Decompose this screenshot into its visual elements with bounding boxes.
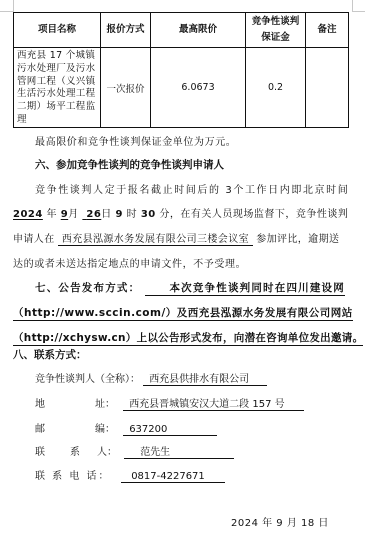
header-deposit: 竞争性谈判 保证金 [246,13,306,48]
contact-fullname: 竞争性谈判人（全称）： 西充县供排水有限公司 [35,370,267,386]
page-corner-mark [352,11,365,12]
contact-person: 联系人： 范先生 [35,443,234,459]
cell-deposit: 0.2 [246,48,306,128]
page-corner-mark [13,0,14,12]
header-max-price: 最高限价 [151,13,246,48]
section6-heading: 六、参加竞争性谈判的竞争性谈判申请人 [35,157,224,172]
contact-address: 地址： 西充县晋城镇安汉大道二段 157 号 [35,395,304,411]
section7-line2: （http://www.sccin.com/）及西充县泓源水务发展有限公司网站 [13,305,353,321]
cell-remark [306,48,349,128]
date-year: 2024 [13,209,43,220]
section7-line3: （http://xchysw.cn）上以公告形式发布，向潜在咨询单位发出邀请。 [13,330,363,346]
venue: 西充县泓源水务发展有限公司三楼会议室 [58,230,252,246]
contact-phone: 联 系 电 话： 0817-4227671 [35,467,225,483]
section7-heading: 七、公告发布方式： [35,282,140,294]
cell-project-name: 西充县 17 个城镇污水处理厂及污水管网工程（义兴镇生活污水处理工程二期）场平工… [14,48,101,128]
page-corner-mark [0,11,13,12]
cell-max-price: 6.0673 [151,48,246,128]
table-row: 西充县 17 个城镇污水处理厂及污水管网工程（义兴镇生活污水处理工程二期）场平工… [14,48,349,128]
document-date: 2024 年 9 月 18 日 [231,514,329,529]
cell-quote-method: 一次报价 [101,48,151,128]
section6-paragraph-line2: 2024 年 9月 26日 9 时 30 分，在有关人员现场监督下，竞争性谈判 [13,205,348,220]
bid-table: 项目名称 报价方式 最高限价 竞争性谈判 保证金 备注 西充县 17 个城镇污水… [13,12,349,128]
section6-paragraph-line4: 达的或者未送达指定地点的申请文件，不予受理。 [13,255,246,270]
contact-postcode: 邮编： 637200 [35,420,217,436]
unit-note: 最高限价和竞争性谈判保证金单位为万元。 [35,133,236,148]
header-project-name: 项目名称 [14,13,101,48]
date-day: 26 [82,209,101,220]
header-quote-method: 报价方式 [101,13,151,48]
time-hour: 9 [115,209,122,220]
section7-line1: 七、公告发布方式： 本次竞争性谈判同时在四川建设网 [35,280,345,296]
section6-paragraph-line3: 申请人在 西充县泓源水务发展有限公司三楼会议室 参加评比，逾期送 [13,230,339,246]
table-header-row: 项目名称 报价方式 最高限价 竞争性谈判 保证金 备注 [14,13,349,48]
header-remark: 备注 [306,13,349,48]
time-minute: 30 [141,209,156,220]
section8-heading: 八、联系方式： [13,347,87,362]
section6-paragraph-line1: 竞争性谈判人定于报名截止时间后的 3个工作日内即北京时间 [35,181,349,196]
